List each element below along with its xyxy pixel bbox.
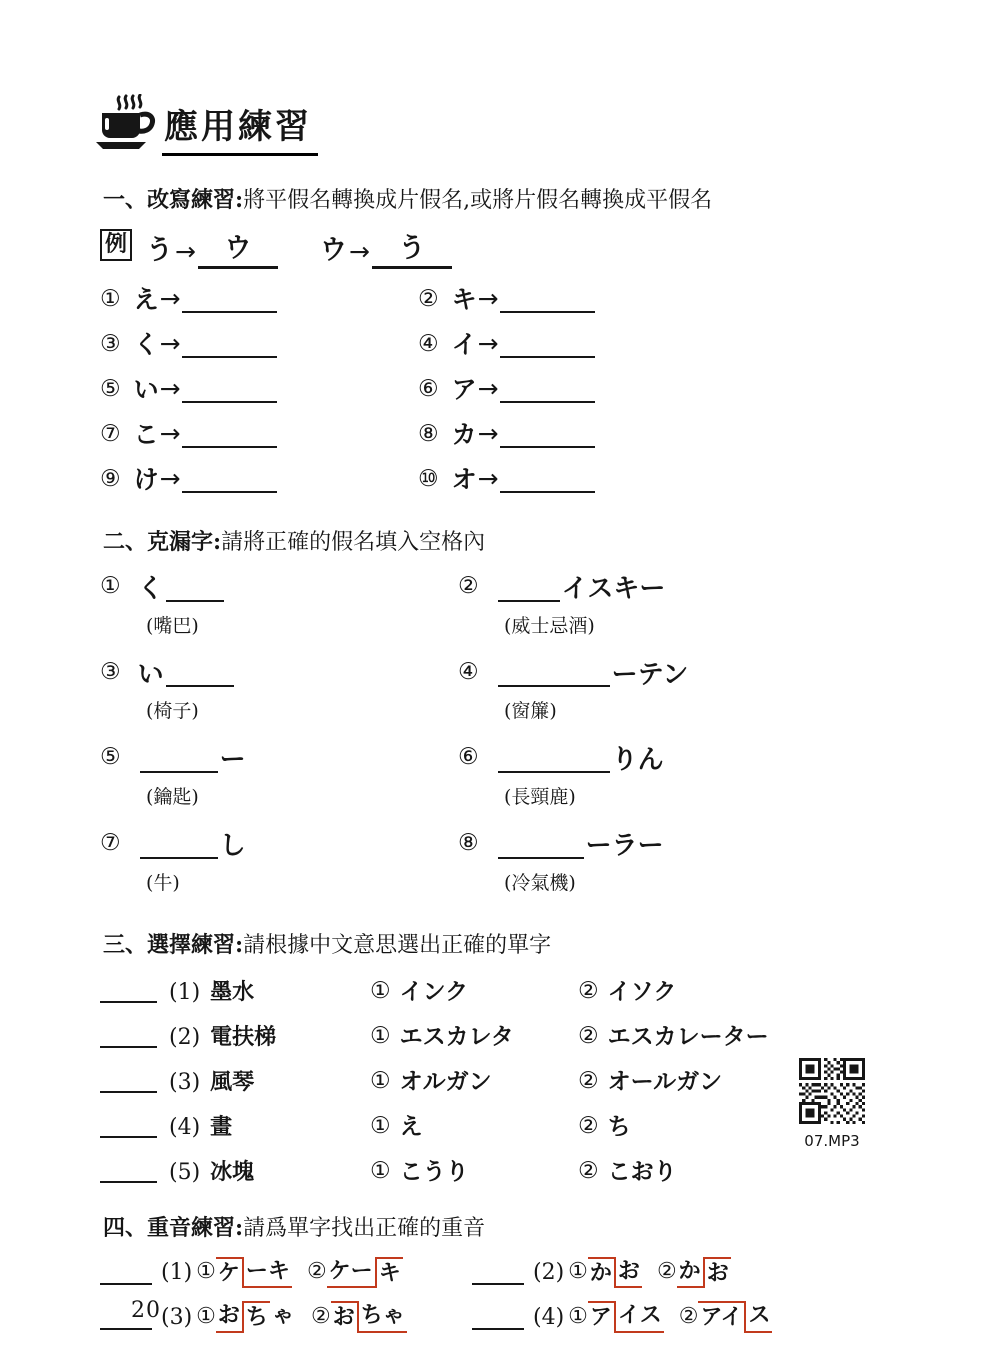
cloze-item: ⑥ りん (長頸鹿) bbox=[458, 744, 1000, 809]
section2-instruction: 請將正確的假名填入空格內 bbox=[221, 530, 485, 555]
accent-segment: キ bbox=[375, 1257, 403, 1289]
item-number: ③ bbox=[100, 659, 121, 687]
question-word: 冰塊 bbox=[210, 1159, 254, 1185]
answer-blank[interactable] bbox=[100, 985, 157, 1003]
option-number: ① bbox=[568, 1304, 588, 1330]
cloze-list: ① く (嘴巴) ② イスキー (威士忌酒) ③ い (椅子) bbox=[100, 573, 1000, 894]
item-kana: こ bbox=[134, 421, 159, 450]
section3-instruction: 請根據中文意思選出正確的單字 bbox=[243, 933, 551, 958]
accent-word: おちゃ bbox=[216, 1301, 296, 1333]
section1-heading: 一、改寫練習:將平假名轉換成片假名,或將片假名轉換成平假名 bbox=[103, 186, 1000, 216]
item-number: ③ bbox=[100, 331, 121, 359]
option-number: ② bbox=[578, 978, 599, 1006]
accent-segment: ス bbox=[746, 1301, 772, 1333]
item-number: ⑤ bbox=[100, 376, 121, 404]
item-number: ④ bbox=[458, 659, 479, 687]
answer-blank[interactable] bbox=[100, 1030, 157, 1048]
arrow-icon: → bbox=[349, 237, 370, 266]
option-number: ① bbox=[370, 1023, 391, 1051]
cloze-item: ⑤ ー (鑰匙) bbox=[100, 744, 458, 809]
cloze-item: ① く (嘴巴) bbox=[100, 573, 458, 638]
answer-blank[interactable] bbox=[100, 1120, 157, 1138]
accent-segment: ーキ bbox=[244, 1257, 292, 1289]
question-label: (4)畫 bbox=[169, 1110, 370, 1141]
option-text: インク bbox=[400, 979, 469, 1007]
option-text: こうり bbox=[400, 1159, 469, 1187]
option-number: ① bbox=[196, 1259, 216, 1285]
choice-option: ①え bbox=[370, 1113, 578, 1142]
accent-segment: アイ bbox=[698, 1301, 746, 1333]
accent-segment: お bbox=[216, 1301, 242, 1333]
page-number: 20 bbox=[131, 1298, 161, 1323]
option-number: ① bbox=[568, 1259, 588, 1285]
accent-option: ②かお bbox=[657, 1257, 731, 1289]
accent-segment: ケ bbox=[216, 1257, 244, 1289]
answer-blank[interactable] bbox=[498, 669, 610, 687]
accent-option: ①ケーキ bbox=[196, 1257, 292, 1289]
section3-title: 三、選擇練習: bbox=[103, 932, 243, 958]
item-number: ⑧ bbox=[418, 421, 439, 449]
option-number: ② bbox=[679, 1304, 699, 1330]
section2-heading: 二、克漏字:請將正確的假名填入空格內 bbox=[103, 528, 1000, 558]
choice-option: ②ち bbox=[578, 1113, 1000, 1142]
accent-word: ケーキ bbox=[327, 1257, 403, 1289]
question-number: (3) bbox=[161, 1305, 192, 1330]
cloze-item: ⑦ し (牛) bbox=[100, 830, 458, 895]
choice-option: ②イソク bbox=[578, 978, 1000, 1007]
question-word: 畫 bbox=[210, 1114, 232, 1140]
option-text: エスカレタ bbox=[400, 1024, 514, 1052]
section3-heading: 三、選擇練習:請根據中文意思選出正確的單字 bbox=[103, 931, 1000, 961]
arrow-icon: → bbox=[478, 329, 499, 358]
option-number: ① bbox=[196, 1304, 216, 1330]
accent-segment: ア bbox=[588, 1301, 616, 1333]
answer-blank[interactable] bbox=[498, 755, 610, 773]
choice-row: (1)墨水 ①インク ②イソク bbox=[100, 975, 1000, 1006]
option-text: ち bbox=[608, 1114, 631, 1142]
item-number: ⑦ bbox=[100, 830, 121, 858]
accent-question: (4) ①アイス ②アイス bbox=[472, 1301, 1000, 1333]
cloze-after: ーテン bbox=[612, 661, 689, 690]
choice-option: ①こうり bbox=[370, 1158, 578, 1187]
arrow-icon: → bbox=[160, 329, 181, 358]
option-number: ② bbox=[578, 1023, 599, 1051]
accent-segment: お bbox=[331, 1301, 359, 1333]
item-kana: け bbox=[134, 466, 159, 495]
audio-qr-block: 07.MP3 bbox=[797, 1058, 867, 1150]
choice-option: ②オールガン bbox=[578, 1068, 1000, 1097]
answer-blank[interactable] bbox=[500, 385, 595, 403]
page-title: 應用練習 bbox=[162, 109, 318, 156]
option-number: ① bbox=[370, 978, 391, 1006]
answer-blank[interactable] bbox=[100, 1267, 152, 1285]
example-kana: ウ bbox=[320, 228, 347, 267]
question-word: 墨水 bbox=[210, 979, 254, 1005]
item-number: ① bbox=[100, 286, 121, 314]
answer-blank[interactable] bbox=[472, 1267, 524, 1285]
option-text: こおり bbox=[608, 1159, 677, 1187]
option-text: エスカレーター bbox=[608, 1024, 769, 1052]
accent-word: かお bbox=[588, 1257, 642, 1289]
accent-segment: か bbox=[588, 1257, 616, 1289]
question-number: (2) bbox=[169, 1025, 200, 1050]
option-number: ① bbox=[370, 1158, 391, 1186]
section2-title: 二、克漏字: bbox=[103, 529, 221, 555]
section1-title: 一、改寫練習: bbox=[103, 187, 243, 213]
qr-code-icon bbox=[799, 1058, 865, 1124]
item-kana: い bbox=[134, 376, 159, 405]
answer-blank[interactable] bbox=[140, 755, 218, 773]
choice-option: ①エスカレタ bbox=[370, 1023, 578, 1052]
accent-option: ②アイス bbox=[679, 1301, 773, 1333]
item-kana: キ bbox=[452, 286, 477, 315]
accent-option: ①アイス bbox=[568, 1301, 664, 1333]
accent-option: ②ケーキ bbox=[307, 1257, 403, 1289]
question-number: (4) bbox=[533, 1305, 564, 1330]
option-text: オルガン bbox=[400, 1069, 492, 1097]
item-number: ⑤ bbox=[100, 744, 121, 772]
accent-segment: イス bbox=[616, 1301, 664, 1333]
cloze-before: く bbox=[138, 575, 164, 604]
section4-title: 四、重音練習: bbox=[103, 1215, 243, 1241]
workbook-page: 應用練習 一、改寫練習:將平假名轉換成片假名,或將片假名轉換成平假名 例 う →… bbox=[0, 0, 1000, 1333]
accent-segment: ケー bbox=[327, 1257, 375, 1289]
answer-blank[interactable] bbox=[100, 1075, 157, 1093]
option-number: ② bbox=[311, 1304, 331, 1330]
question-label: (3)風琴 bbox=[169, 1065, 370, 1096]
conversion-item: ③ く → bbox=[100, 329, 418, 360]
item-number: ⑥ bbox=[418, 376, 439, 404]
cloze-after: し bbox=[220, 832, 246, 861]
item-kana: え bbox=[134, 286, 159, 315]
item-number: ② bbox=[458, 573, 479, 601]
accent-segment: ちゃ bbox=[359, 1301, 407, 1333]
question-label: (5)冰塊 bbox=[169, 1155, 370, 1186]
accent-row: (1) ①ケーキ ②ケーキ (2) ①かお ②かお bbox=[100, 1257, 1000, 1289]
conversion-item: ① え → bbox=[100, 284, 418, 315]
option-number: ② bbox=[578, 1068, 599, 1096]
question-number: (3) bbox=[169, 1070, 200, 1095]
item-number: ⑩ bbox=[418, 466, 439, 494]
item-number: ⑦ bbox=[100, 421, 121, 449]
section4-instruction: 請爲單字找出正確的重音 bbox=[243, 1216, 485, 1241]
arrow-icon: → bbox=[160, 284, 181, 313]
meaning-hint: (嘴巴) bbox=[146, 611, 458, 638]
conversion-item: ⑧ カ → bbox=[418, 419, 1000, 450]
arrow-icon: → bbox=[160, 464, 181, 493]
arrow-icon: → bbox=[478, 419, 499, 448]
accent-question: (1) ①ケーキ ②ケーキ bbox=[100, 1257, 472, 1289]
item-kana: オ bbox=[452, 466, 477, 495]
accent-option: ①かお bbox=[568, 1257, 642, 1289]
answer-blank[interactable] bbox=[182, 340, 277, 358]
item-kana: イ bbox=[452, 331, 477, 360]
answer-blank[interactable] bbox=[472, 1312, 524, 1330]
conversion-item: ⑨ け → bbox=[100, 464, 418, 495]
option-number: ① bbox=[370, 1113, 391, 1141]
cloze-after: りん bbox=[612, 746, 664, 775]
item-number: ① bbox=[100, 573, 121, 601]
choice-row: (2)電扶梯 ①エスカレタ ②エスカレーター bbox=[100, 1020, 1000, 1051]
choice-row: (5)冰塊 ①こうり ②こおり bbox=[100, 1155, 1000, 1186]
option-number: ② bbox=[307, 1259, 327, 1285]
accent-option: ②おちゃ bbox=[311, 1301, 407, 1333]
answer-blank[interactable] bbox=[182, 430, 277, 448]
item-number: ⑨ bbox=[100, 466, 121, 494]
accent-word: アイス bbox=[588, 1301, 664, 1333]
coffee-cup-icon bbox=[92, 94, 158, 156]
audio-file-label: 07.MP3 bbox=[797, 1132, 867, 1150]
cloze-after: イスキー bbox=[562, 575, 666, 604]
item-number: ② bbox=[418, 286, 439, 314]
cloze-before: い bbox=[138, 661, 164, 690]
item-number: ④ bbox=[418, 331, 439, 359]
answer-blank[interactable] bbox=[500, 430, 595, 448]
arrow-icon: → bbox=[160, 374, 181, 403]
arrow-icon: → bbox=[478, 374, 499, 403]
answer-blank[interactable] bbox=[498, 841, 584, 859]
answer-blank[interactable] bbox=[100, 1165, 157, 1183]
answer-blank[interactable] bbox=[182, 295, 277, 313]
arrow-icon: → bbox=[478, 464, 499, 493]
option-text: イソク bbox=[608, 979, 677, 1007]
item-number: ⑧ bbox=[458, 830, 479, 858]
accent-segment: ゃ bbox=[270, 1301, 296, 1333]
section4-heading: 四、重音練習:請爲單字找出正確的重音 bbox=[103, 1214, 1000, 1244]
option-text: オールガン bbox=[608, 1069, 723, 1097]
meaning-hint: (椅子) bbox=[146, 696, 458, 723]
example-row: 例 う → ウ ウ → う bbox=[100, 226, 1000, 269]
cloze-item: ③ い (椅子) bbox=[100, 659, 458, 724]
example-kana: う bbox=[146, 228, 173, 267]
accent-list: (1) ①ケーキ ②ケーキ (2) ①かお ②かお (3) ①おちゃ ②おちゃ … bbox=[100, 1257, 1000, 1333]
cloze-after: ーラー bbox=[586, 832, 664, 861]
conversion-item: ⑤ い → bbox=[100, 374, 418, 405]
conversion-item: ④ イ → bbox=[418, 329, 1000, 360]
meaning-hint: (長頸鹿) bbox=[504, 782, 1000, 809]
answer-blank[interactable] bbox=[500, 475, 595, 493]
choice-option: ①オルガン bbox=[370, 1068, 578, 1097]
accent-row: (3) ①おちゃ ②おちゃ (4) ①アイス ②アイス bbox=[100, 1301, 1000, 1333]
item-number: ⑥ bbox=[458, 744, 479, 772]
option-number: ② bbox=[578, 1113, 599, 1141]
arrow-icon: → bbox=[160, 419, 181, 448]
choice-option: ②こおり bbox=[578, 1158, 1000, 1187]
answer-blank[interactable] bbox=[140, 841, 218, 859]
accent-word: アイス bbox=[698, 1301, 772, 1333]
arrow-icon: → bbox=[478, 284, 499, 313]
question-number: (5) bbox=[169, 1160, 200, 1185]
example-answer: ウ bbox=[198, 226, 278, 269]
option-number: ② bbox=[657, 1259, 677, 1285]
conversion-item: ② キ → bbox=[418, 284, 1000, 315]
answer-blank[interactable] bbox=[166, 669, 234, 687]
cloze-after: ー bbox=[220, 746, 246, 775]
answer-blank[interactable] bbox=[500, 295, 595, 313]
answer-blank[interactable] bbox=[500, 340, 595, 358]
cloze-item: ④ ーテン (窗簾) bbox=[458, 659, 1000, 724]
conversion-item: ⑦ こ → bbox=[100, 419, 418, 450]
example-answer: う bbox=[372, 226, 452, 269]
accent-question: (2) ①かお ②かお bbox=[472, 1257, 1000, 1289]
option-number: ① bbox=[370, 1068, 391, 1096]
choice-option: ①インク bbox=[370, 978, 578, 1007]
question-number: (4) bbox=[169, 1115, 200, 1140]
page-header: 應用練習 bbox=[92, 0, 1000, 156]
answer-blank[interactable] bbox=[182, 385, 277, 403]
item-kana: カ bbox=[452, 421, 477, 450]
meaning-hint: (威士忌酒) bbox=[504, 611, 1000, 638]
example-label: 例 bbox=[100, 229, 132, 260]
arrow-icon: → bbox=[175, 237, 196, 266]
option-number: ② bbox=[578, 1158, 599, 1186]
question-label: (1)墨水 bbox=[169, 975, 370, 1006]
conversion-list: ① え → ② キ → ③ く → ④ イ → ⑤ い → bbox=[100, 284, 1000, 495]
question-word: 電扶梯 bbox=[210, 1024, 276, 1050]
item-kana: く bbox=[134, 331, 159, 360]
cloze-item: ② イスキー (威士忌酒) bbox=[458, 573, 1000, 638]
answer-blank[interactable] bbox=[498, 584, 560, 602]
meaning-hint: (牛) bbox=[146, 868, 458, 895]
item-kana: ア bbox=[452, 376, 477, 405]
accent-segment: お bbox=[616, 1257, 642, 1289]
question-word: 風琴 bbox=[210, 1069, 254, 1095]
question-number: (1) bbox=[161, 1260, 192, 1285]
accent-word: ケーキ bbox=[216, 1257, 292, 1289]
question-number: (2) bbox=[533, 1260, 564, 1285]
accent-segment: か bbox=[677, 1257, 703, 1289]
accent-word: かお bbox=[677, 1257, 731, 1289]
conversion-item: ⑩ オ → bbox=[418, 464, 1000, 495]
cloze-item: ⑧ ーラー (冷氣機) bbox=[458, 830, 1000, 895]
meaning-hint: (鑰匙) bbox=[146, 782, 458, 809]
meaning-hint: (冷氣機) bbox=[504, 868, 1000, 895]
section1-instruction: 將平假名轉換成片假名,或將片假名轉換成平假名 bbox=[243, 188, 712, 213]
accent-segment: ち bbox=[242, 1301, 270, 1333]
meaning-hint: (窗簾) bbox=[504, 696, 1000, 723]
accent-segment: お bbox=[703, 1257, 731, 1289]
accent-word: おちゃ bbox=[331, 1301, 407, 1333]
choice-option: ②エスカレーター bbox=[578, 1023, 1000, 1052]
answer-blank[interactable] bbox=[166, 584, 224, 602]
conversion-item: ⑥ ア → bbox=[418, 374, 1000, 405]
option-text: え bbox=[400, 1114, 423, 1142]
question-number: (1) bbox=[169, 980, 200, 1005]
accent-option: ①おちゃ bbox=[196, 1301, 296, 1333]
question-label: (2)電扶梯 bbox=[169, 1020, 370, 1051]
answer-blank[interactable] bbox=[182, 475, 277, 493]
